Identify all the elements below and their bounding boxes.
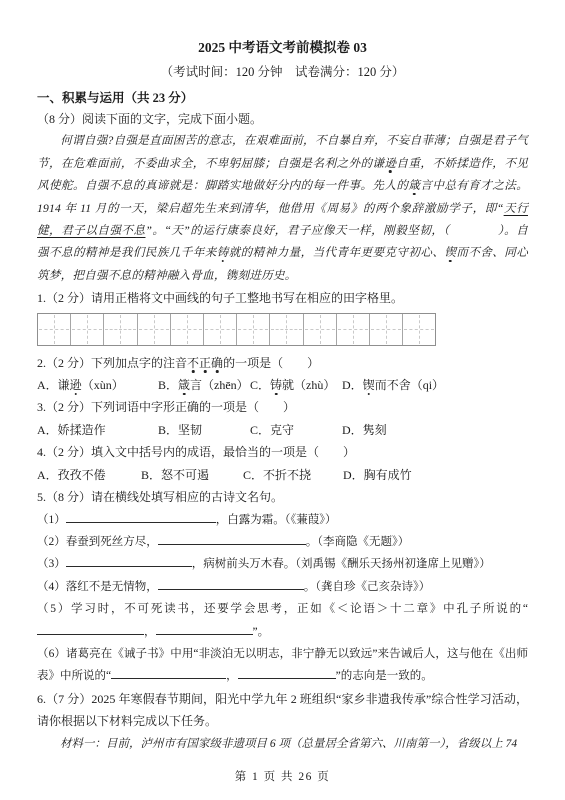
question-6-stem: 6.（7 分）2025 年寒假春节期间，阳光中学九年 2 班组织“家乡非遗我传承… [37,688,528,733]
reading-passage: 何谓自强?自强是直面困苦的意志，在艰难面前，不自暴自弃，不妄自菲薄；自强是君子气… [37,130,528,287]
question-4-stem: 4.（2 分）填入文中括号内的成语，最恰当的一项是（ ） [37,441,528,463]
exam-meta: （考试时间：120 分钟 试卷满分：120 分） [37,62,528,82]
question-5-item-5: （5）学习时，不可死读书，还要学会思考，正如《＜论语＞十二章》中孔子所说的“，”… [37,598,528,643]
question-5-item-3: （3），病树前头万木春。（刘禹锡《酬乐天扬州初逢席上见赠》） [37,553,528,575]
question-4-options: A．孜孜不倦 B．怒不可遏 C．不折不挠 D．胸有成竹 [37,464,528,486]
tianzige-cell[interactable] [237,314,270,345]
answer-blank[interactable] [238,665,336,679]
tianzige-cell[interactable] [304,314,337,345]
question-4-option-d[interactable]: D．胸有成竹 [343,464,528,486]
section-heading: 一、积累与运用（共 23 分） [37,88,528,108]
question-3-option-b[interactable]: B．坚韧 [158,419,250,441]
question-4-option-b[interactable]: B．怒不可遏 [141,464,243,486]
answer-blank[interactable] [66,553,192,567]
question-5-item-4: （4）落红不是无情物，。（龚自珍《己亥杂诗》） [37,576,528,598]
answer-blank[interactable] [156,621,253,635]
answer-blank[interactable] [158,531,306,545]
answer-blank[interactable] [158,576,304,590]
answer-blank[interactable] [111,665,226,679]
question-5-stem: 5.（8 分）请在横线处填写相应的古诗文名句。 [37,486,528,508]
tianzige-cell[interactable] [403,314,435,345]
tianzige-cell[interactable] [270,314,303,345]
tianzige-grid [37,313,436,346]
tianzige-cell[interactable] [171,314,204,345]
question-2-option-c[interactable]: C．铸就（zhù） [250,374,342,396]
question-5-item-2: （2）春蚕到死丝方尽，。（李商隐《无题》） [37,531,528,553]
question-5-item-6: （6）诸葛亮在《诫子书》中用“非淡泊无以明志，非宁静无以致远”来告诫后人，这与他… [37,643,528,688]
tianzige-cell[interactable] [104,314,137,345]
tianzige-cell[interactable] [138,314,171,345]
question-2-option-a[interactable]: A．谦逊（xùn） [37,374,158,396]
question-3-option-c[interactable]: C．克守 [250,419,342,441]
tianzige-cell[interactable] [370,314,403,345]
tianzige-cell[interactable] [337,314,370,345]
tianzige-cell[interactable] [71,314,104,345]
question-2-options: A．谦逊（xùn） B．箴言（zhēn） C．铸就（zhù） D．锲而不舍（qi… [37,374,528,396]
answer-blank[interactable] [37,621,144,635]
tianzige-cell[interactable] [204,314,237,345]
exam-title: 2025 中考语文考前模拟卷 03 [37,38,528,58]
question-4-option-a[interactable]: A．孜孜不倦 [37,464,141,486]
question-2-stem: 2.（2 分）下列加点字的注音不正确的一项是（ ） [37,352,528,374]
question-2-option-b[interactable]: B．箴言（zhēn） [158,374,250,396]
question-4-option-c[interactable]: C．不折不挠 [243,464,343,486]
exam-document-page: 2025 中考语文考前模拟卷 03 （考试时间：120 分钟 试卷满分：120 … [0,0,565,800]
answer-blank[interactable] [66,509,216,523]
question-3-option-d[interactable]: D．隽刻 [342,419,528,441]
question-3-option-a[interactable]: A．娇揉造作 [37,419,158,441]
page-number-footer: 第 1 页 共 26 页 [0,768,565,784]
tianzige-cell[interactable] [38,314,71,345]
question-1-stem: 1.（2 分）请用正楷将文中画线的句子工整地书写在相应的田字格里。 [37,287,528,309]
reading-intro: （8 分）阅读下面的文字，完成下面小题。 [37,108,528,130]
question-3-options: A．娇揉造作 B．坚韧 C．克守 D．隽刻 [37,419,528,441]
question-2-option-d[interactable]: D．锲而不舍（qi） [342,374,528,396]
question-3-stem: 3.（2 分）下列词语中字形正确的一项是（ ） [37,396,528,418]
material-one: 材料一：目前，泸州市有国家级非遗项目 6 项（总量居全省第六、川南第一），省级以… [37,733,528,755]
question-5-item-1: （1），白露为霜。（《蒹葭》） [37,509,528,531]
